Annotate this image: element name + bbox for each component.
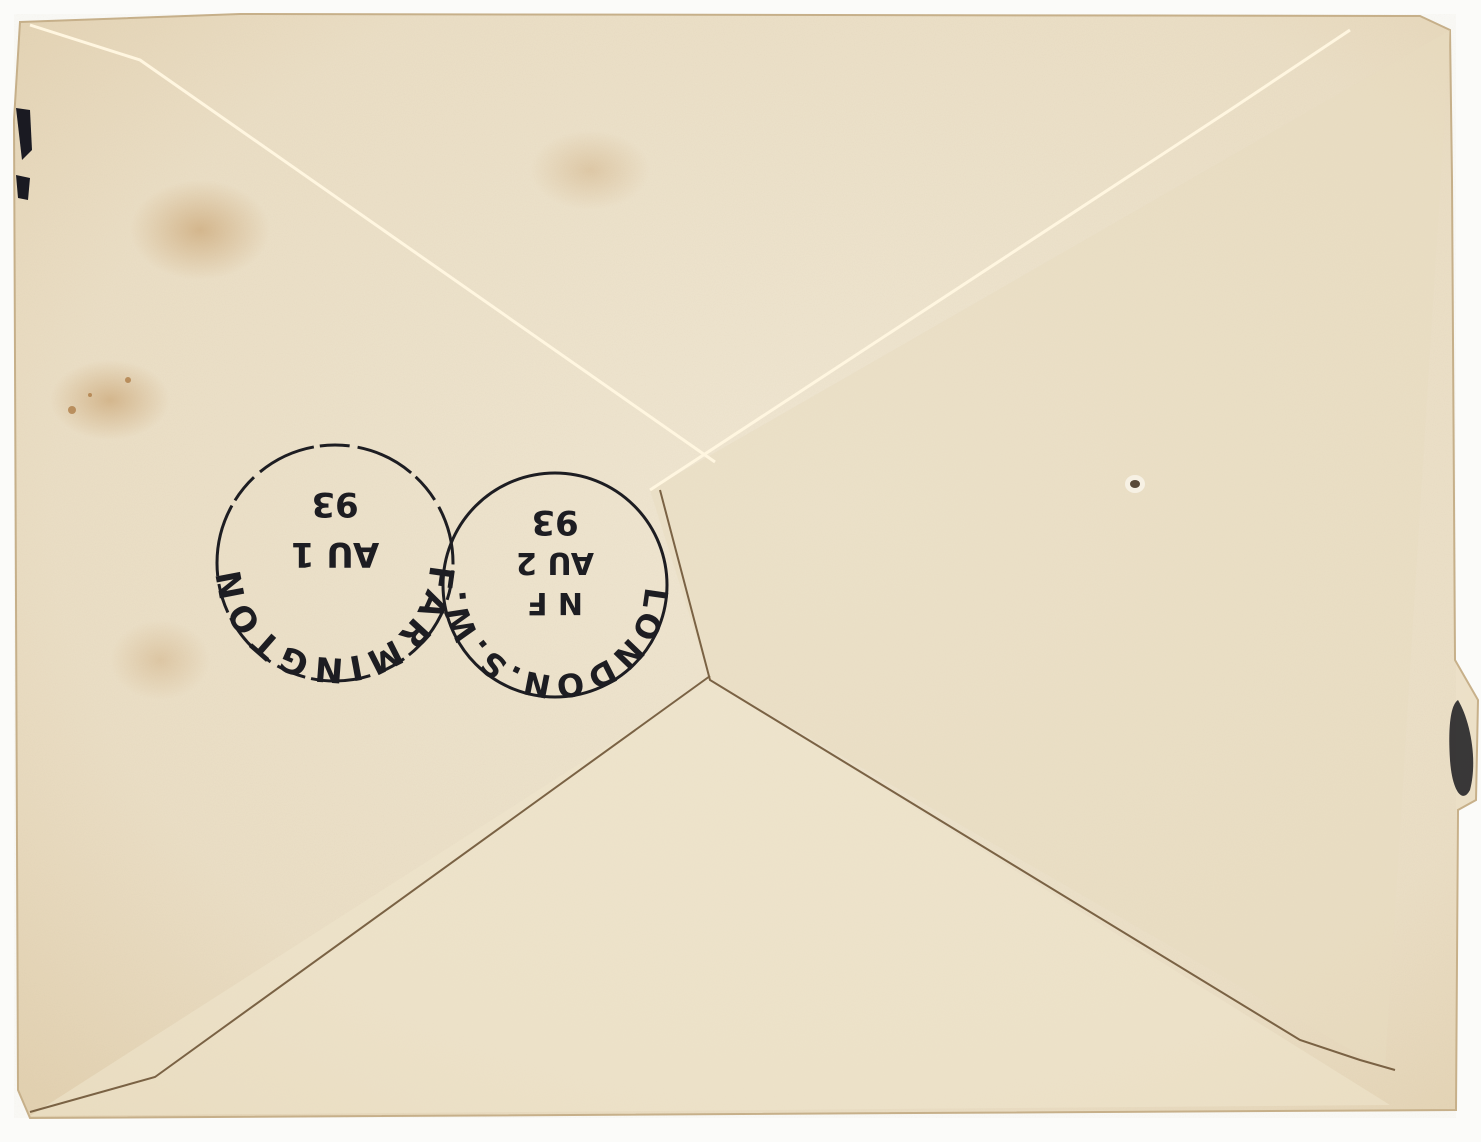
postmark-office-code: N F (527, 585, 583, 620)
stain (50, 360, 170, 440)
envelope-photo: FARMINGTON AU 1 93 LONDON.S.W. N F AU 2 … (0, 0, 1481, 1142)
postmark-year: 93 (311, 484, 358, 524)
postmark-date: AU 2 (516, 545, 594, 580)
postmark-date: AU 1 (291, 534, 379, 574)
stain (130, 180, 270, 280)
pin-hole (1125, 475, 1145, 493)
stain (110, 620, 210, 700)
postmark-year: 93 (531, 502, 578, 542)
stain (530, 130, 650, 210)
